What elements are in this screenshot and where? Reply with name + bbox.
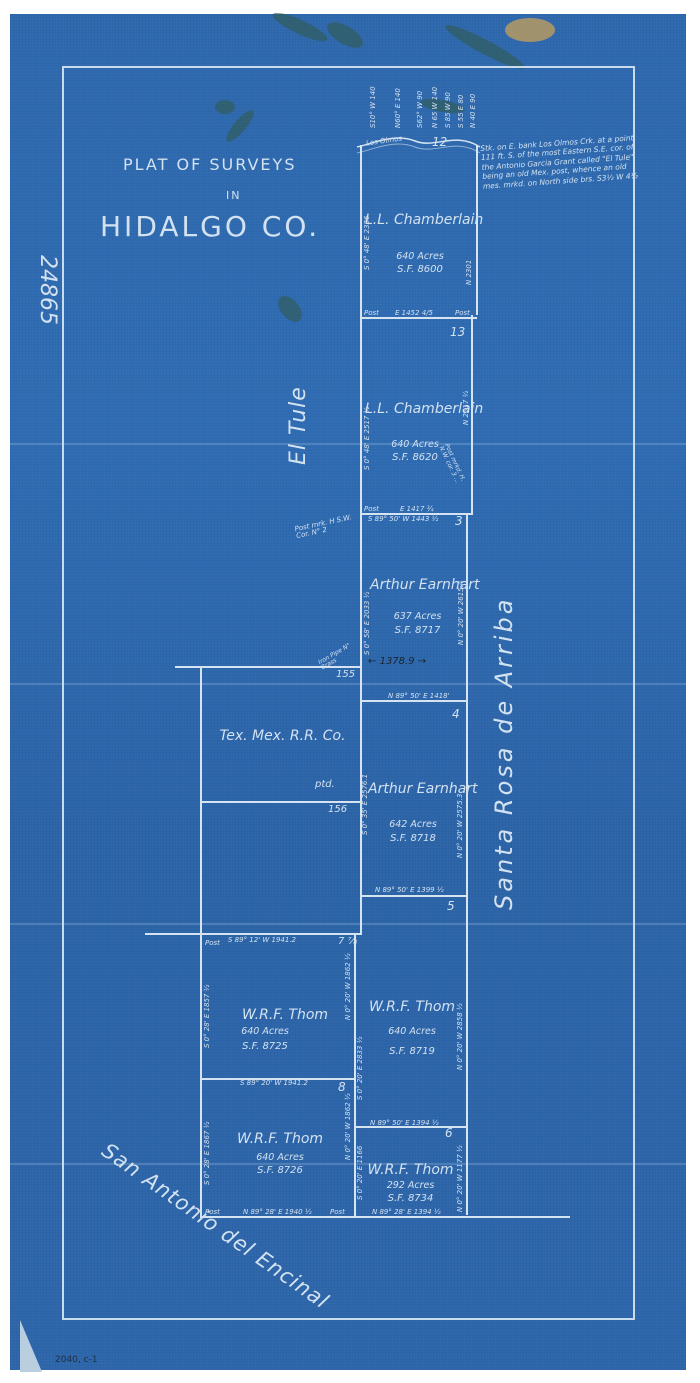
survey-acres: 292 Acres (358, 1181, 463, 1191)
grant-santa-rosa: Santa Rosa de Arriba (492, 597, 516, 911)
survey-sf: S.F. 8718 (368, 834, 458, 844)
survey-line (200, 1216, 570, 1218)
survey-sf: S.F. 8734 (358, 1194, 463, 1204)
survey-owner: Arthur Earnhart (368, 782, 458, 796)
survey-number: 13 (450, 326, 465, 338)
survey-west-call: S 0° 48' E 2336 (364, 216, 371, 270)
title-line-3: HIDALGO CO. (100, 213, 320, 241)
survey-south-call: N 89° 50' E 1399 ½ (375, 887, 444, 894)
survey-line (175, 666, 362, 668)
survey-south-call: N 89° 28' E 1940 ½ (243, 1209, 312, 1216)
survey-owner: W.R.F. Thom (225, 1008, 345, 1022)
post-label: Post (364, 506, 379, 513)
survey-east-call: N 0° 20' W 1862 ½ (345, 953, 352, 1020)
survey-south-call: E 1417 ¾ (400, 506, 433, 513)
survey-owner: W.R.F. Thom (362, 1000, 462, 1014)
creek-call: S10° W 140 (370, 86, 377, 128)
survey-number: 4 (452, 708, 460, 720)
title-line-1: PLAT OF SURVEYS (123, 157, 296, 173)
survey-sf: S.F. 8725 (225, 1042, 305, 1052)
survey-west-call: S 0° 48' E 2517 ½ (364, 407, 371, 470)
survey-north-call: S 89° 50' W 1443 ½ (368, 516, 438, 523)
survey-number: 5 (447, 900, 455, 912)
survey-owner: W.R.F. Thom (225, 1132, 335, 1146)
creek-call: S 55 E 80 (458, 95, 465, 128)
survey-east-call: N 2301 (466, 260, 473, 285)
survey-east-call: N 2517 ½ (463, 391, 470, 425)
width-call: ← 1378.9 → (368, 657, 426, 667)
post-label: Post (205, 940, 220, 947)
survey-east-call: N 0° 20' W 1177 ½ (457, 1145, 464, 1212)
survey-note: ptd. (315, 780, 335, 790)
grant-el-tule: El Tule (288, 386, 310, 465)
torn-corner (20, 1320, 42, 1372)
survey-west-call: S 0° 20' E 2833 ½ (357, 1037, 364, 1100)
survey-east-call: N 0° 20' W 2615.4 (458, 581, 465, 645)
survey-line (200, 668, 202, 1218)
survey-acres: 640 Acres (365, 252, 475, 262)
survey-east-call: N 0° 20' W 2858 ½ (457, 1003, 464, 1070)
survey-line (466, 515, 468, 1215)
survey-acres: 637 Acres (370, 612, 465, 622)
survey-line (200, 801, 360, 803)
survey-number: 8 (338, 1081, 346, 1093)
creek-call: N 65 W 140 (432, 87, 439, 128)
survey-west-call: S 0° 28' E 1857 ½ (204, 985, 211, 1048)
catalog-number: 24865 (36, 255, 58, 325)
survey-north-call: S 89° 12' W 1941.2 (228, 937, 296, 944)
survey-east-call: N 0° 20' W 2575.3 (457, 794, 464, 858)
survey-number: 155 (336, 670, 355, 680)
creek-call: N60° E 140 (395, 88, 402, 128)
post-label: Post (330, 1209, 345, 1216)
survey-south-call: N 89° 28' E 1394 ½ (372, 1209, 441, 1216)
survey-owner: Arthur Earnhart (370, 578, 465, 592)
survey-east-call: N 0° 20' W 1862 ½ (345, 1093, 352, 1160)
creek-call: N 40 E 90 (470, 94, 477, 128)
survey-owner: Tex. Mex. R.R. Co. (215, 729, 350, 743)
survey-acres: 640 Acres (362, 1027, 462, 1037)
survey-line (360, 317, 477, 319)
width-value: 1378.9 (380, 656, 415, 667)
survey-acres: 640 Acres (225, 1027, 305, 1037)
survey-line (360, 700, 467, 702)
post-label: Post (455, 310, 470, 317)
survey-sf: S.F. 8719 (362, 1047, 462, 1057)
creek-call: S 85 W 90 (445, 92, 452, 128)
post-label: Post (364, 310, 379, 317)
survey-north-call: N 89° 50' E 1394 ½ (370, 1120, 439, 1127)
survey-number: 3 (455, 515, 463, 527)
survey-owner: L.L. Chamberlain (365, 213, 475, 227)
arrow-left-icon: ← (368, 656, 376, 667)
survey-sf: S.F. 8717 (370, 626, 465, 636)
survey-sf: S.F. 8600 (365, 265, 475, 275)
title-line-2: IN (226, 190, 241, 201)
stain (505, 18, 555, 42)
survey-line (360, 895, 467, 897)
survey-owner: L.L. Chamberlain (365, 402, 475, 416)
survey-acres: 640 Acres (225, 1153, 335, 1163)
survey-line (145, 933, 361, 935)
survey-line (476, 145, 478, 315)
survey-number: 12 (432, 136, 447, 148)
survey-number: 6 (445, 1127, 453, 1139)
survey-west-call: S 0° 35' E 2576.1 (362, 774, 369, 835)
creek-call: S62° W 90 (417, 91, 424, 128)
survey-acres: 642 Acres (368, 820, 458, 830)
survey-west-call: S 0° 28' E 1867 ½ (204, 1122, 211, 1185)
survey-owner: W.R.F. Thom (358, 1163, 463, 1177)
survey-south-call: S 89° 20' W 1941.2 (240, 1080, 308, 1087)
survey-number: 7 ⅞ (338, 937, 357, 947)
survey-number: 156 (328, 805, 347, 815)
survey-west-call: S 0° 20' E 1166 (357, 1146, 364, 1200)
survey-south-call: E 1452 4/5 (395, 310, 433, 317)
survey-sf: S.F. 8726 (225, 1166, 335, 1176)
archive-stamp: 2040, c-1 (55, 1355, 98, 1365)
survey-south-call: N 89° 50' E 1418' (388, 693, 450, 700)
arrow-right-icon: → (418, 656, 426, 667)
survey-west-call: S 0° 58' E 2033 ½ (364, 592, 371, 655)
